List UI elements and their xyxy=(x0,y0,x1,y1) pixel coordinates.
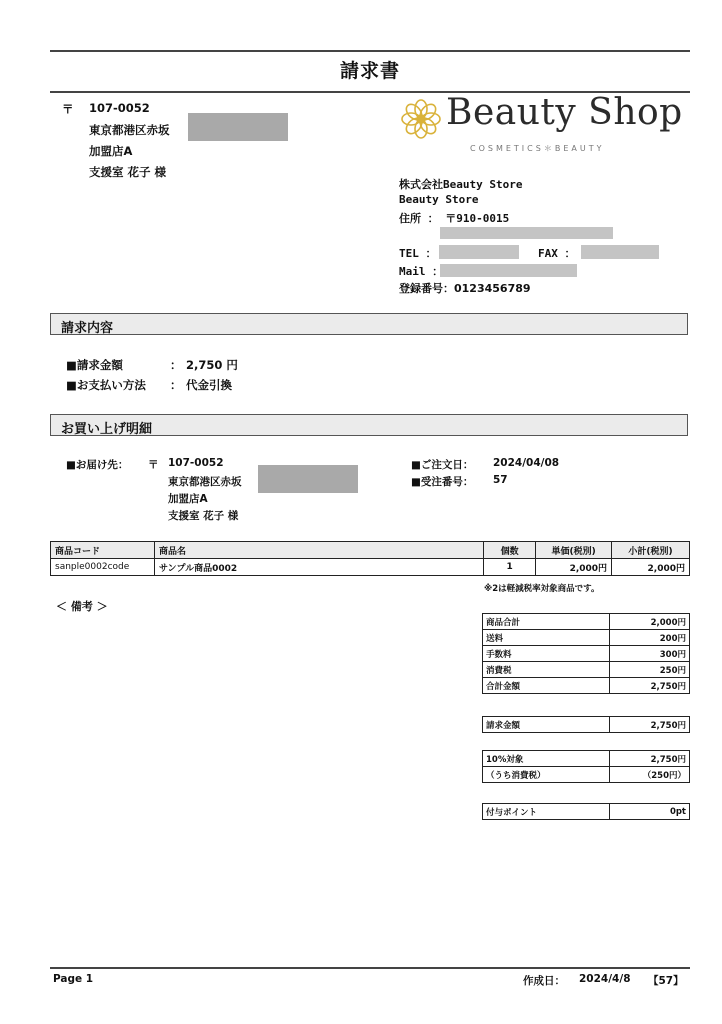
top-rule xyxy=(50,50,690,52)
cell-quantity: 1 xyxy=(484,559,536,576)
summary-row: 付与ポイント0pt xyxy=(483,804,690,820)
label-included-tax: （うち消費税） xyxy=(483,767,610,783)
delivery-address: 東京都港区赤坂 xyxy=(168,474,242,489)
issuer-store: Beauty Store xyxy=(399,193,478,206)
billing-amount-label: ■請求金額 xyxy=(66,357,123,373)
delivery-name: 支援室 花子 様 xyxy=(168,508,238,523)
redacted-issuer-address xyxy=(440,227,613,239)
billing-section-title: 請求内容 xyxy=(61,317,113,336)
col-subtotal: 小計(税別) xyxy=(612,542,690,559)
value-points: 0pt xyxy=(610,804,690,820)
recipient-postal-code: 107-0052 xyxy=(89,101,150,115)
payment-method-label: ■お支払い方法 xyxy=(66,377,146,393)
delivery-branch: 加盟店A xyxy=(168,491,208,506)
billing-amount-value: 2,750 円 xyxy=(186,357,238,373)
value-grand-total: 2,750円 xyxy=(610,678,690,694)
summary-row: 手数料300円 xyxy=(483,646,690,662)
brand-logo: Beauty Shop COSMETICS＊BEAUTY xyxy=(398,96,688,158)
redacted-mail xyxy=(440,264,577,277)
recipient-address: 東京都港区赤坂 xyxy=(89,122,170,138)
label-product-total: 商品合計 xyxy=(483,614,610,630)
issuer-fax-label: FAX ： xyxy=(538,245,576,261)
order-number: 57 xyxy=(493,474,508,486)
redacted-address xyxy=(188,113,288,141)
items-table-header: 商品コード 商品名 個数 単価(税別) 小計(税別) xyxy=(51,542,690,559)
summary-row: 商品合計2,000円 xyxy=(483,614,690,630)
recipient-postal-mark: 〒 xyxy=(62,101,74,117)
value-billing-amount: 2,750円 xyxy=(610,717,690,733)
created-date-label: 作成日： xyxy=(523,973,565,988)
redacted-tel xyxy=(439,245,519,259)
reduced-tax-note: ※2は軽減税率対象商品です。 xyxy=(484,582,600,594)
cell-product-code: sanple0002code xyxy=(51,559,155,576)
order-number-label: ■受注番号： xyxy=(411,474,473,489)
brand-name: Beauty Shop xyxy=(446,92,683,133)
value-10pct-target: 2,750円 xyxy=(610,751,690,767)
cell-subtotal: 2,000円 xyxy=(612,559,690,576)
billing-amount-table: 請求金額2,750円 xyxy=(482,716,690,733)
recipient-name: 支援室 花子 様 xyxy=(89,164,166,180)
issuer-address: 住所 ： 〒910-0015 xyxy=(399,210,509,226)
page-number: Page 1 xyxy=(53,973,93,985)
order-date-label: ■ご注文日： xyxy=(411,457,473,472)
issuer-mail-label: Mail ： xyxy=(399,263,443,279)
value-fee: 300円 xyxy=(610,646,690,662)
cell-product-name: サンプル商品0002 xyxy=(154,559,483,576)
items-table: 商品コード 商品名 個数 単価(税別) 小計(税別) sanple0002cod… xyxy=(50,541,690,576)
col-unit-price: 単価(税別) xyxy=(536,542,612,559)
label-points: 付与ポイント xyxy=(483,804,610,820)
col-product-name: 商品名 xyxy=(154,542,483,559)
cell-unit-price: 2,000円 xyxy=(536,559,612,576)
delivery-label: ■お届け先： xyxy=(66,457,128,472)
value-consumption-tax: 250円 xyxy=(610,662,690,678)
value-included-tax: （250円） xyxy=(610,767,690,783)
label-grand-total: 合計金額 xyxy=(483,678,610,694)
delivery-postal-code: 107-0052 xyxy=(168,457,224,469)
remarks-label: ＜ 備考 ＞ xyxy=(56,598,108,614)
brand-tagline: COSMETICS＊BEAUTY xyxy=(470,143,604,154)
billing-section-header: 請求内容 xyxy=(50,313,688,335)
redacted-fax xyxy=(581,245,659,259)
totals-table: 商品合計2,000円 送料200円 手数料300円 消費税250円 合計金額2,… xyxy=(482,613,690,694)
order-reference: 【57】 xyxy=(648,973,684,988)
created-date: 2024/4/8 xyxy=(579,973,631,985)
summary-row: （うち消費税）（250円） xyxy=(483,767,690,783)
recipient-branch: 加盟店A xyxy=(89,143,132,159)
summary-row: 消費税250円 xyxy=(483,662,690,678)
col-quantity: 個数 xyxy=(484,542,536,559)
footer-rule xyxy=(50,967,690,969)
value-product-total: 2,000円 xyxy=(610,614,690,630)
redacted-delivery-address xyxy=(258,465,358,493)
issuer-registration: 登録番号：0123456789 xyxy=(399,280,531,296)
value-shipping: 200円 xyxy=(610,630,690,646)
flower-logo-icon xyxy=(400,98,442,140)
details-section-title: お買い上げ明細 xyxy=(61,418,152,437)
label-fee: 手数料 xyxy=(483,646,610,662)
label-shipping: 送料 xyxy=(483,630,610,646)
summary-row: 請求金額2,750円 xyxy=(483,717,690,733)
label-consumption-tax: 消費税 xyxy=(483,662,610,678)
summary-row: 10%対象2,750円 xyxy=(483,751,690,767)
points-table: 付与ポイント0pt xyxy=(482,803,690,820)
billing-amount-sep: ： xyxy=(170,357,182,373)
summary-row: 送料200円 xyxy=(483,630,690,646)
page-title: 請求書 xyxy=(50,56,690,83)
payment-method-value: 代金引換 xyxy=(186,377,232,393)
col-product-code: 商品コード xyxy=(51,542,155,559)
tax-breakdown-table: 10%対象2,750円 （うち消費税）（250円） xyxy=(482,750,690,783)
label-billing-amount: 請求金額 xyxy=(483,717,610,733)
details-section-header: お買い上げ明細 xyxy=(50,414,688,436)
issuer-tel-label: TEL ： xyxy=(399,245,437,261)
order-date: 2024/04/08 xyxy=(493,457,559,469)
payment-method-sep: ： xyxy=(170,377,182,393)
summary-row: 合計金額2,750円 xyxy=(483,678,690,694)
label-10pct-target: 10%対象 xyxy=(483,751,610,767)
issuer-company: 株式会社Beauty Store xyxy=(399,176,522,192)
table-row: sanple0002code サンプル商品0002 1 2,000円 2,000… xyxy=(51,559,690,576)
delivery-postal-mark: 〒 xyxy=(148,457,159,472)
